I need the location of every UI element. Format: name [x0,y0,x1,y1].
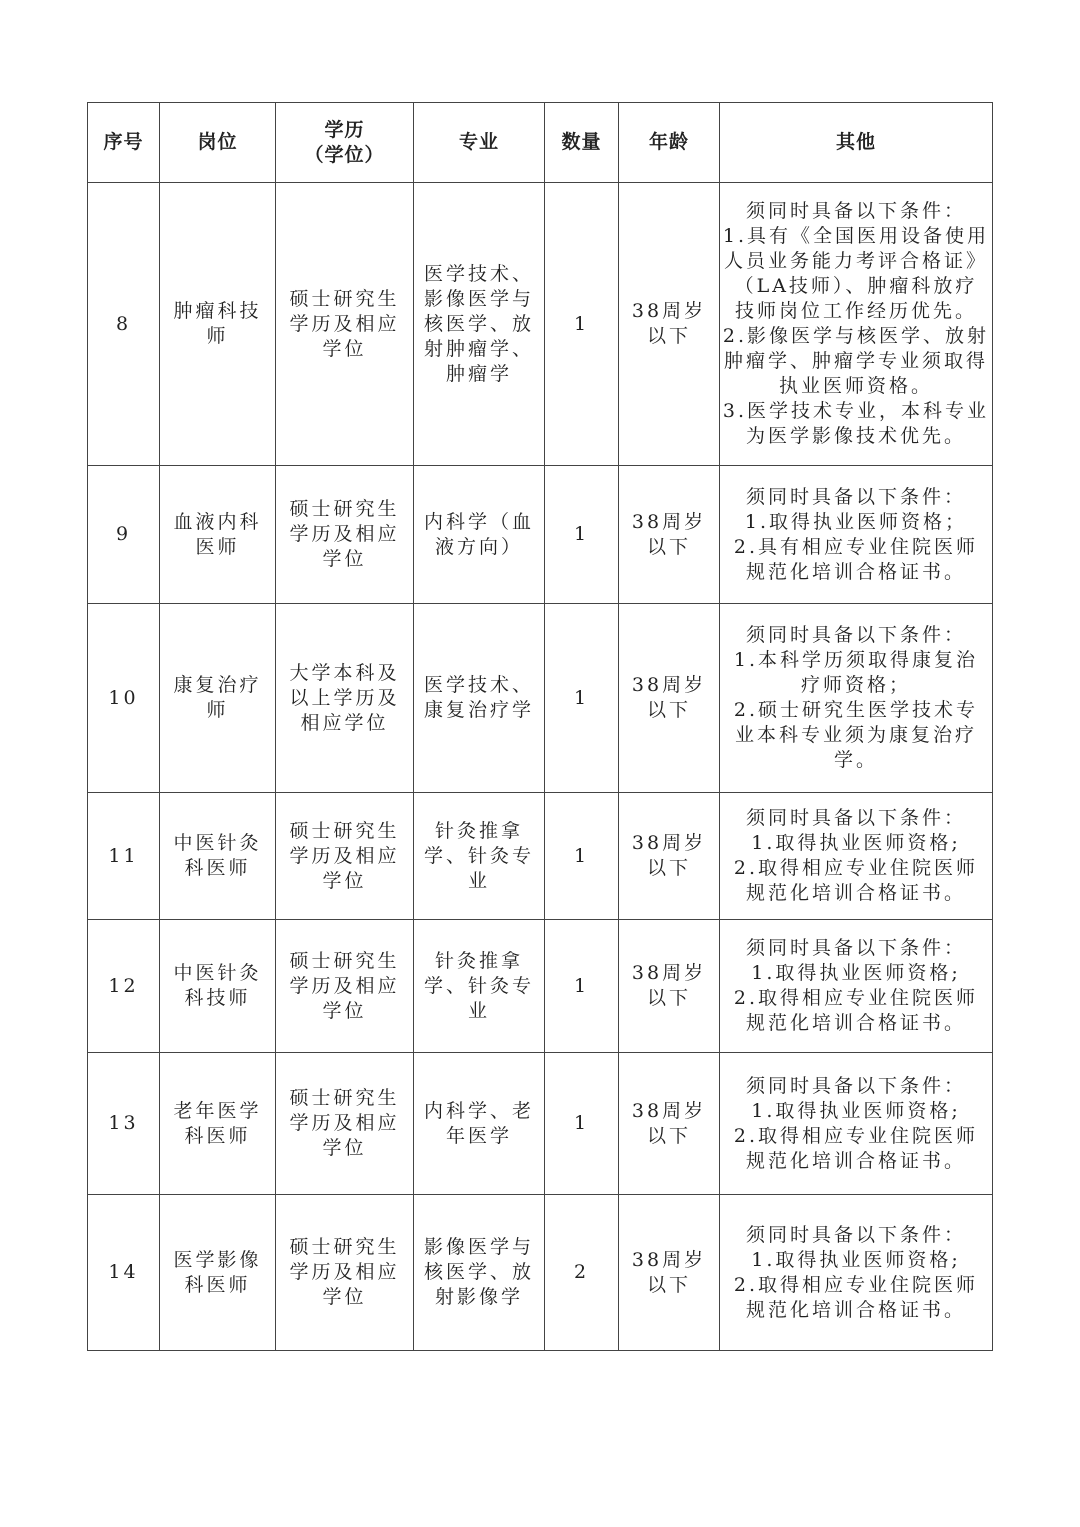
cell-seq-text: 11 [108,845,138,867]
condition-line: 业本科专业须为康复治疗 [720,723,992,748]
header-other: 其他 [720,103,993,183]
table-row: 11 中医针灸科医师 硕士研究生学历及相应学位 针灸推拿学、针灸专业 1 38周… [88,793,993,920]
cell-post-text: 医学影像科医师 [172,1248,264,1298]
cell-count-text: 1 [574,1112,589,1134]
cell-other: 须同时具备以下条件：1.取得执业医师资格;2.取得相应专业住院医师规范化培训合格… [720,1195,993,1351]
cell-education-text: 硕士研究生学历及相应学位 [289,819,401,894]
condition-line: 规范化培训合格证书。 [720,1149,992,1174]
cell-count-text: 1 [574,523,589,545]
condition-line: 2.取得相应专业住院医师 [720,986,992,1011]
condition-line: 须同时具备以下条件： [720,1074,992,1099]
condition-line: 1.取得执业医师资格; [720,1248,992,1273]
cell-count: 1 [545,183,619,466]
cell-other: 须同时具备以下条件：1.取得执业医师资格；2.具有相应专业住院医师规范化培训合格… [720,466,993,604]
cell-age: 38周岁以下 [619,793,720,920]
condition-line: 须同时具备以下条件： [720,623,992,648]
condition-line: 2.影像医学与核医学、放射 [720,324,992,349]
cell-major-text: 影像医学与核医学、放射影像学 [423,1235,535,1310]
condition-line: 须同时具备以下条件： [720,1223,992,1248]
cell-education: 硕士研究生学历及相应学位 [276,1195,414,1351]
header-post: 岗位 [160,103,276,183]
header-seq: 序号 [88,103,160,183]
condition-line: 须同时具备以下条件： [720,936,992,961]
cell-post: 老年医学科医师 [160,1053,276,1195]
cell-count-text: 1 [574,313,589,335]
table-row: 9 血液内科医师 硕士研究生学历及相应学位 内科学（血液方向） 1 38周岁以下… [88,466,993,604]
condition-line: 规范化培训合格证书。 [720,1298,992,1323]
cell-age: 38周岁以下 [619,183,720,466]
cell-age-text: 38周岁以下 [629,510,709,560]
recruitment-table: 序号 岗位 学历 （学位） 专业 数量 年龄 其他 8 肿瘤科技师 硕士研究生学… [87,102,993,1351]
cell-post-text: 中医针灸科医师 [172,831,264,881]
cell-education-text: 硕士研究生学历及相应学位 [289,1086,401,1161]
cell-age-text: 38周岁以下 [629,673,709,723]
condition-line: 执业医师资格。 [720,374,992,399]
condition-line: 人员业务能力考评合格证》 [720,249,992,274]
cell-post-text: 康复治疗师 [172,673,264,723]
cell-education-text: 硕士研究生学历及相应学位 [289,1235,401,1310]
cell-age: 38周岁以下 [619,466,720,604]
cell-education-text: 硕士研究生学历及相应学位 [289,497,401,572]
condition-line: 须同时具备以下条件： [720,806,992,831]
condition-line: 1.取得执业医师资格； [720,510,992,535]
condition-line: 规范化培训合格证书。 [720,560,992,585]
cell-post: 中医针灸科医师 [160,793,276,920]
cell-count-text: 2 [574,1261,589,1283]
condition-line: 2.硕士研究生医学技术专 [720,698,992,723]
cell-post-text: 血液内科医师 [172,510,264,560]
cell-seq-text: 14 [108,1261,138,1283]
cell-count: 1 [545,466,619,604]
cell-education: 硕士研究生学历及相应学位 [276,466,414,604]
condition-line: 2.取得相应专业住院医师 [720,1124,992,1149]
cell-seq: 14 [88,1195,160,1351]
cell-education: 硕士研究生学历及相应学位 [276,183,414,466]
cell-seq-text: 12 [108,975,138,997]
cell-count-text: 1 [574,975,589,997]
cell-major-text: 医学技术、康复治疗学 [423,673,535,723]
table-row: 13 老年医学科医师 硕士研究生学历及相应学位 内科学、老年医学 1 38周岁以… [88,1053,993,1195]
cell-age-text: 38周岁以下 [629,1099,709,1149]
cell-other: 须同时具备以下条件：1.取得执业医师资格;2.取得相应专业住院医师规范化培训合格… [720,793,993,920]
condition-line: 1.具有《全国医用设备使用 [720,224,992,249]
cell-major: 内科学（血液方向） [414,466,545,604]
cell-count: 2 [545,1195,619,1351]
cell-major-text: 针灸推拿学、针灸专业 [423,949,535,1024]
header-age: 年龄 [619,103,720,183]
cell-age-text: 38周岁以下 [629,1248,709,1298]
cell-major-text: 内科学（血液方向） [423,510,535,560]
cell-age-text: 38周岁以下 [629,831,709,881]
condition-line: 为医学影像技术优先。 [720,424,992,449]
cell-seq-text: 8 [116,313,131,335]
header-count: 数量 [545,103,619,183]
cell-count: 1 [545,1053,619,1195]
condition-line: 1.取得执业医师资格; [720,961,992,986]
cell-major: 针灸推拿学、针灸专业 [414,920,545,1053]
cell-age-text: 38周岁以下 [629,299,709,349]
condition-line: 1.本科学历须取得康复治 [720,648,992,673]
cell-count-text: 1 [574,687,589,709]
table-row: 14 医学影像科医师 硕士研究生学历及相应学位 影像医学与核医学、放射影像学 2… [88,1195,993,1351]
cell-age: 38周岁以下 [619,1195,720,1351]
cell-other: 须同时具备以下条件：1.取得执业医师资格;2.取得相应专业住院医师规范化培训合格… [720,1053,993,1195]
condition-line: 1.取得执业医师资格; [720,1099,992,1124]
header-education-line2: （学位） [276,143,413,168]
cell-seq: 13 [88,1053,160,1195]
condition-line: 2.取得相应专业住院医师 [720,856,992,881]
cell-age: 38周岁以下 [619,604,720,793]
header-education: 学历 （学位） [276,103,414,183]
table-row: 8 肿瘤科技师 硕士研究生学历及相应学位 医学技术、影像医学与核医学、放射肿瘤学… [88,183,993,466]
cell-education-text: 大学本科及以上学历及相应学位 [289,661,401,736]
cell-seq-text: 9 [116,523,131,545]
cell-seq: 11 [88,793,160,920]
cell-education: 硕士研究生学历及相应学位 [276,920,414,1053]
cell-major: 内科学、老年医学 [414,1053,545,1195]
cell-education: 硕士研究生学历及相应学位 [276,793,414,920]
condition-line: 学。 [720,748,992,773]
table-header-row: 序号 岗位 学历 （学位） 专业 数量 年龄 其他 [88,103,993,183]
cell-other: 须同时具备以下条件：1.本科学历须取得康复治疗师资格；2.硕士研究生医学技术专业… [720,604,993,793]
cell-seq: 12 [88,920,160,1053]
cell-count: 1 [545,793,619,920]
cell-count: 1 [545,604,619,793]
condition-line: 规范化培训合格证书。 [720,881,992,906]
header-education-line1: 学历 [276,118,413,143]
cell-major-text: 内科学、老年医学 [423,1099,535,1149]
cell-major: 影像医学与核医学、放射影像学 [414,1195,545,1351]
cell-age: 38周岁以下 [619,920,720,1053]
cell-major-text: 针灸推拿学、针灸专业 [423,819,535,894]
cell-major: 医学技术、影像医学与核医学、放射肿瘤学、肿瘤学 [414,183,545,466]
header-major: 专业 [414,103,545,183]
cell-other: 须同时具备以下条件：1.具有《全国医用设备使用人员业务能力考评合格证》（LA技师… [720,183,993,466]
cell-major-text: 医学技术、影像医学与核医学、放射肿瘤学、肿瘤学 [423,262,535,387]
cell-age: 38周岁以下 [619,1053,720,1195]
cell-education: 硕士研究生学历及相应学位 [276,1053,414,1195]
table-row: 10 康复治疗师 大学本科及以上学历及相应学位 医学技术、康复治疗学 1 38周… [88,604,993,793]
cell-major: 针灸推拿学、针灸专业 [414,793,545,920]
condition-line: 技师岗位工作经历优先。 [720,299,992,324]
table-row: 12 中医针灸科技师 硕士研究生学历及相应学位 针灸推拿学、针灸专业 1 38周… [88,920,993,1053]
cell-seq-text: 13 [108,1112,138,1134]
cell-major: 医学技术、康复治疗学 [414,604,545,793]
cell-education-text: 硕士研究生学历及相应学位 [289,287,401,362]
cell-post: 中医针灸科技师 [160,920,276,1053]
condition-line: 须同时具备以下条件： [720,199,992,224]
condition-line: 肿瘤学、肿瘤学专业须取得 [720,349,992,374]
cell-post: 血液内科医师 [160,466,276,604]
cell-seq: 10 [88,604,160,793]
condition-line: 2.取得相应专业住院医师 [720,1273,992,1298]
condition-line: 2.具有相应专业住院医师 [720,535,992,560]
cell-post-text: 老年医学科医师 [172,1099,264,1149]
condition-line: 须同时具备以下条件： [720,485,992,510]
table-body: 8 肿瘤科技师 硕士研究生学历及相应学位 医学技术、影像医学与核医学、放射肿瘤学… [88,183,993,1351]
condition-line: 1.取得执业医师资格; [720,831,992,856]
cell-other: 须同时具备以下条件：1.取得执业医师资格;2.取得相应专业住院医师规范化培训合格… [720,920,993,1053]
cell-seq: 9 [88,466,160,604]
cell-seq-text: 10 [108,687,138,709]
document-page: 序号 岗位 学历 （学位） 专业 数量 年龄 其他 8 肿瘤科技师 硕士研究生学… [0,0,1080,1527]
cell-seq: 8 [88,183,160,466]
condition-line: （LA技师）、肿瘤科放疗 [720,274,992,299]
cell-post: 肿瘤科技师 [160,183,276,466]
condition-line: 3.医学技术专业，本科专业 [720,399,992,424]
cell-count-text: 1 [574,845,589,867]
cell-age-text: 38周岁以下 [629,961,709,1011]
condition-line: 规范化培训合格证书。 [720,1011,992,1036]
cell-education: 大学本科及以上学历及相应学位 [276,604,414,793]
cell-post-text: 肿瘤科技师 [172,299,264,349]
cell-post: 康复治疗师 [160,604,276,793]
cell-post-text: 中医针灸科技师 [172,961,264,1011]
condition-line: 疗师资格； [720,673,992,698]
cell-post: 医学影像科医师 [160,1195,276,1351]
cell-education-text: 硕士研究生学历及相应学位 [289,949,401,1024]
cell-count: 1 [545,920,619,1053]
